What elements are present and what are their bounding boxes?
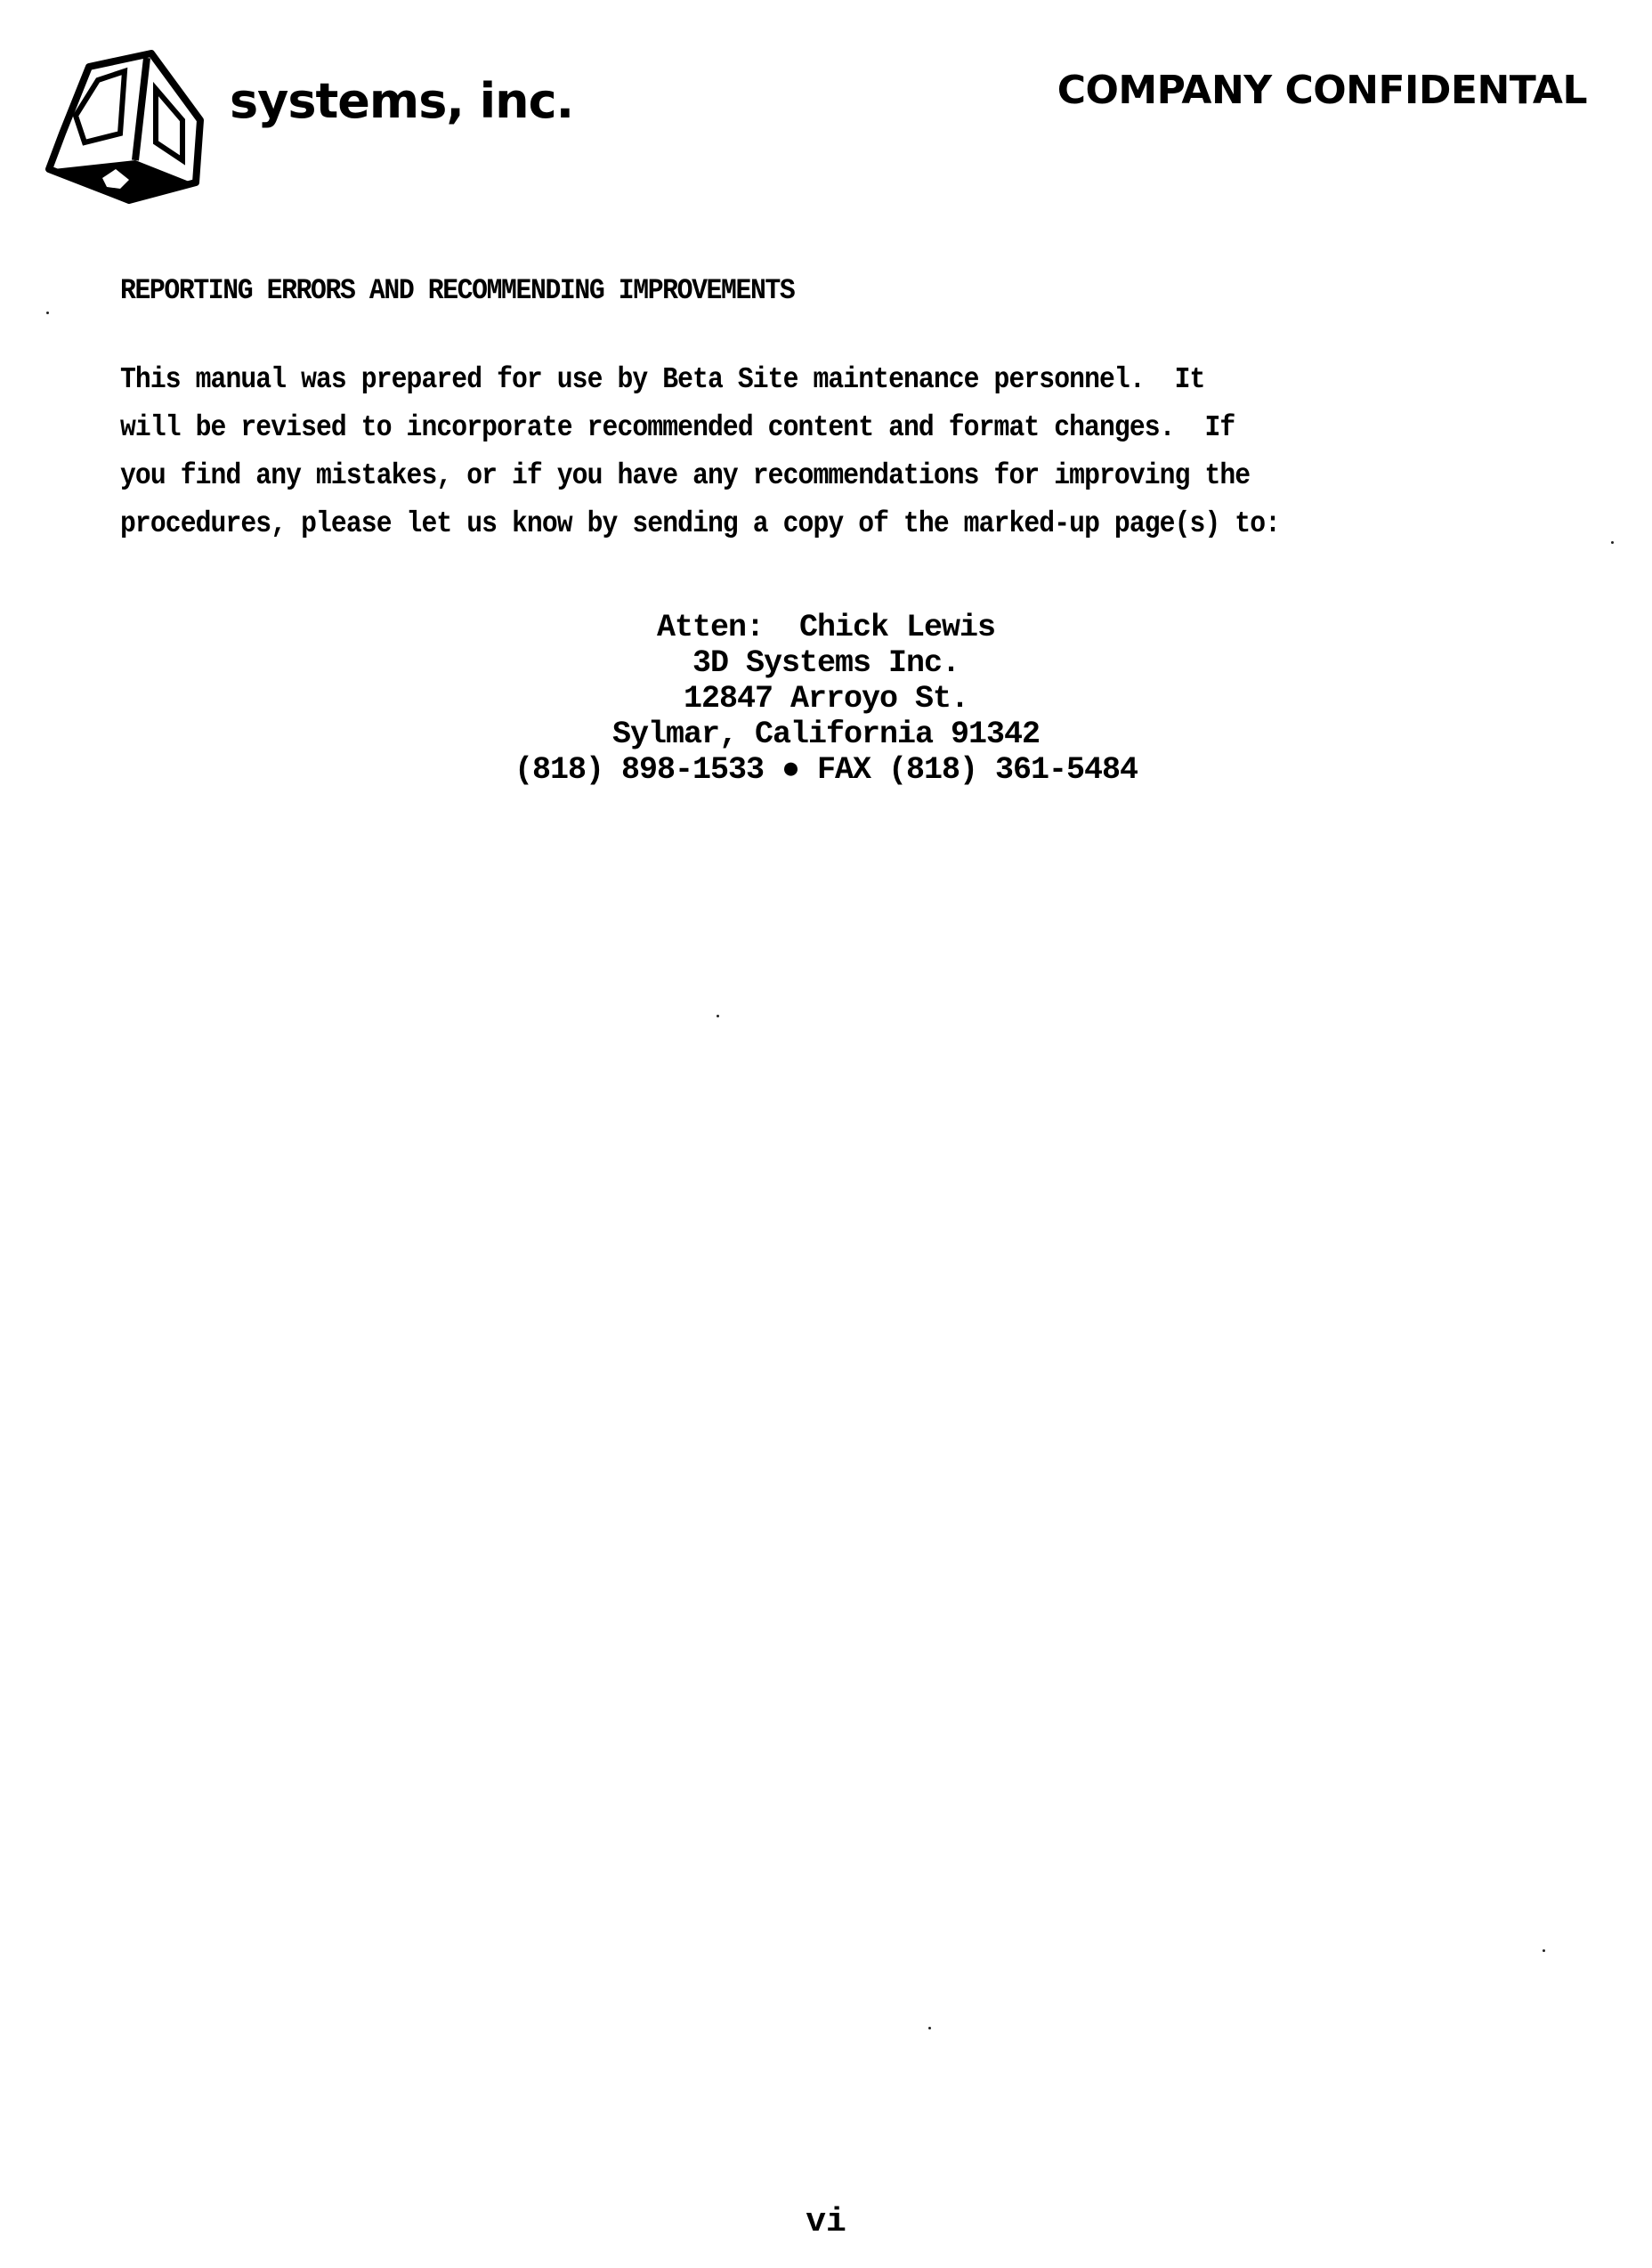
- mailing-address: Atten: Chick Lewis 3D Systems Inc. 12847…: [0, 610, 1652, 788]
- scan-speck: [1543, 1949, 1545, 1952]
- address-phone-fax: (818) 898-1533 ● FAX (818) 361-5484: [0, 752, 1652, 788]
- scan-speck: [46, 312, 49, 314]
- section-heading: REPORTING ERRORS AND RECOMMENDING IMPROV…: [120, 274, 794, 307]
- scan-speck: [928, 2027, 931, 2029]
- address-street: 12847 Arroyo St.: [0, 681, 1652, 717]
- brand-name: systems, inc.: [230, 73, 573, 129]
- 3d-systems-logo-icon: [36, 27, 223, 205]
- confidential-label: COMPANY CONFIDENTAL: [1057, 68, 1587, 113]
- paragraph-line: will be revised to incorporate recommend…: [120, 404, 1482, 452]
- scan-speck: [1611, 541, 1614, 544]
- address-city: Sylmar, California 91342: [0, 717, 1652, 752]
- page-number: vi: [0, 2203, 1652, 2241]
- address-company: 3D Systems Inc.: [0, 645, 1652, 681]
- body-paragraph: This manual was prepared for use by Beta…: [120, 356, 1633, 548]
- scan-speck: [717, 1015, 719, 1017]
- paragraph-line: you find any mistakes, or if you have an…: [120, 452, 1482, 500]
- paragraph-line: procedures, please let us know by sendin…: [120, 500, 1482, 548]
- address-attention: Atten: Chick Lewis: [0, 610, 1652, 645]
- paragraph-line: This manual was prepared for use by Beta…: [120, 356, 1482, 404]
